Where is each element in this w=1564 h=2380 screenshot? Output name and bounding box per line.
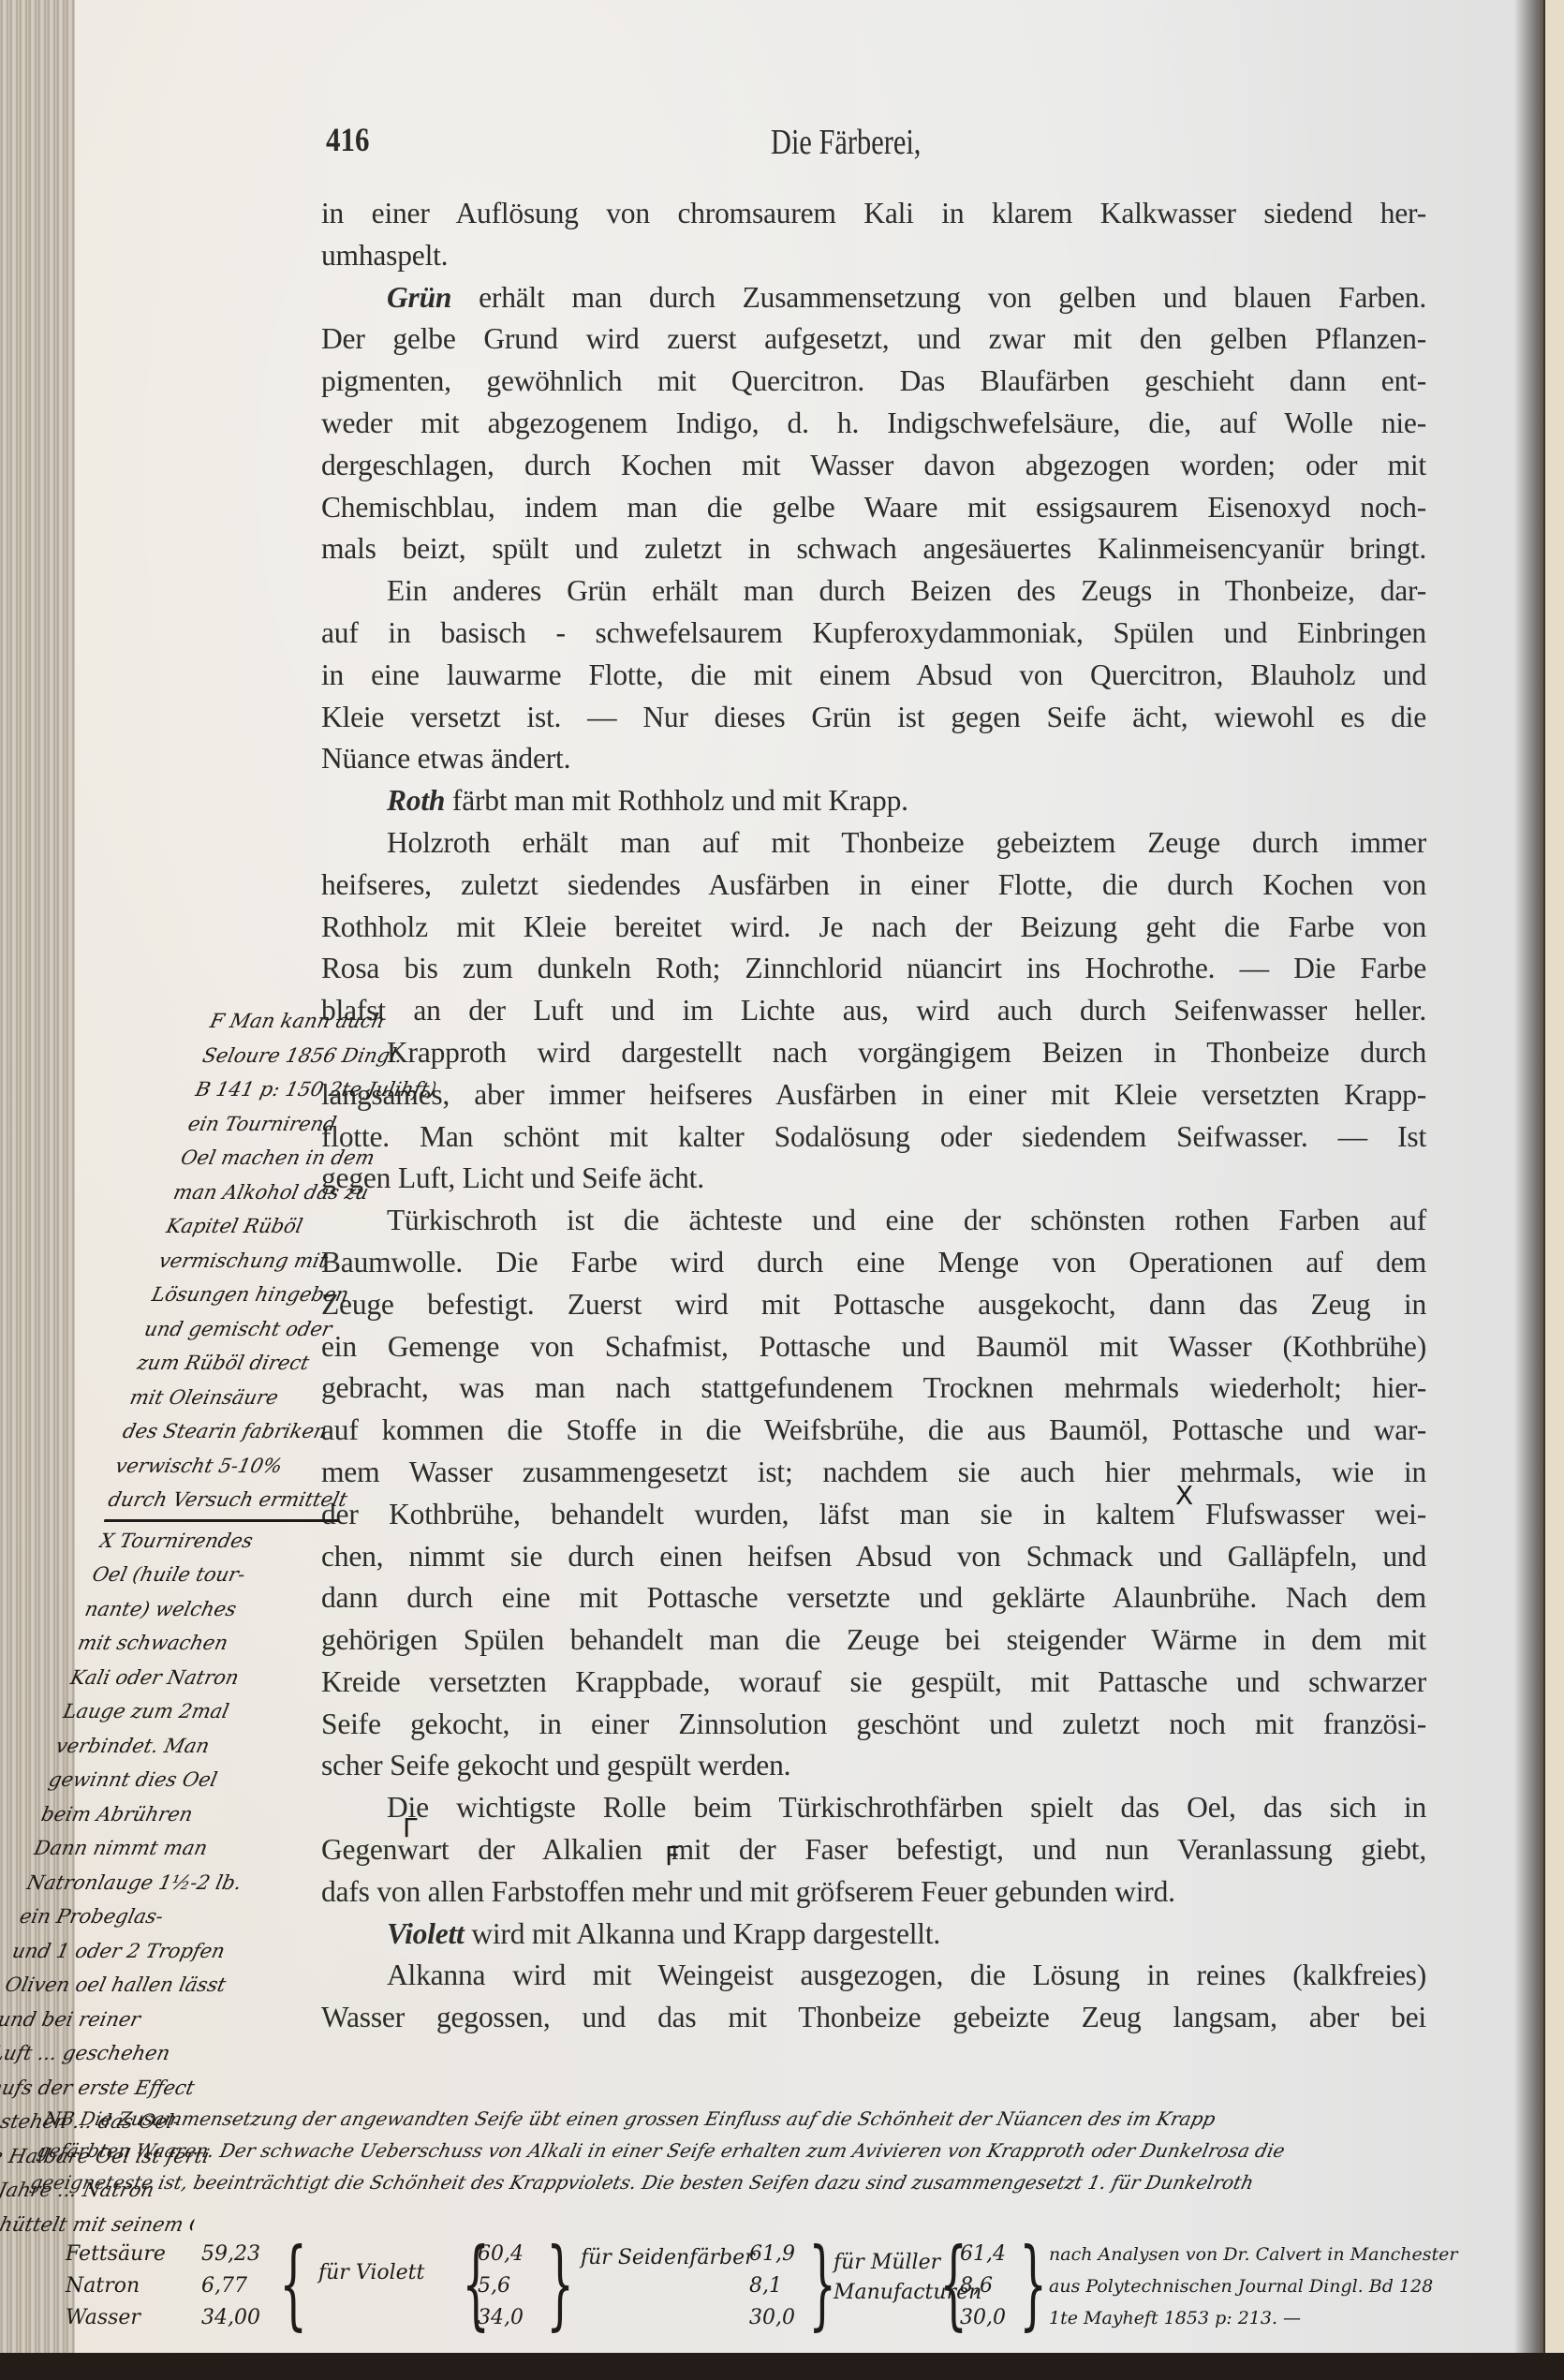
composition-values: 59,23 6,77 34,00	[201, 2239, 260, 2334]
group-values-mueller: 61,4 8,6 30,0	[960, 2239, 1006, 2334]
text-line: dafs von allen Farbstoffen mehr und mit …	[321, 1871, 1426, 1914]
insertion-mark-icon: Γ	[403, 1812, 418, 1843]
text-line: auf kommen die Stoffe in die Weifsbrühe,…	[321, 1410, 1426, 1452]
text-line: Holzroth erhält man auf mit Thonbeize ge…	[321, 822, 1426, 865]
text-line: Türkischroth ist die ächteste und eine d…	[321, 1200, 1426, 1242]
text-line: pigmenten, gewöhnlich mit Quercitron. Da…	[321, 361, 1426, 403]
group-values-seidenfaerber: 61,9 8,1 30,0	[749, 2239, 795, 2334]
text-line: der Kothbrühe, behandelt wurden, läfst m…	[321, 1494, 1426, 1536]
text-line: in einer Auflösung von chromsaurem Kali …	[321, 193, 1426, 235]
text-line: Kleie versetzt ist. — Nur dieses Grün is…	[321, 697, 1426, 739]
text-line: auf in basisch - schwefelsaurem Kupferox…	[321, 613, 1426, 655]
text-line: Gegenwart der Alkalien mit der Faser bef…	[321, 1829, 1426, 1871]
text-line: scher Seife gekocht und gespült werden.	[321, 1745, 1426, 1787]
brace-icon: {	[279, 2235, 307, 2332]
page-header: 416 Die Färberei,	[326, 120, 1478, 157]
group-label-seidenfaerber: für Seidenfärber	[581, 2246, 755, 2269]
text-line: Seife gekocht, in einer Zinnsolution ges…	[321, 1704, 1426, 1746]
footnote-mark-icon: F	[665, 1840, 680, 1871]
text-line: Zeuge befestigt. Zuerst wird mit Pottasc…	[321, 1284, 1426, 1326]
text-line: Baumwolle. Die Farbe wird durch eine Men…	[321, 1242, 1426, 1284]
text-line: mem Wasser zusammengesetzt ist; nachdem …	[321, 1452, 1426, 1494]
cross-mark-icon: X	[1175, 1480, 1193, 1511]
text-line: in eine lauwarme Flotte, die mit einem A…	[321, 655, 1426, 697]
text-line: Die wichtigste Rolle beim Türkischrothfä…	[321, 1787, 1426, 1829]
group-values-violett: 60,4 5,6 34,0	[478, 2239, 524, 2334]
text-line: Alkanna wird mit Weingeist ausgezogen, d…	[321, 1955, 1426, 1997]
lead-word-gruen: Grün	[387, 281, 451, 314]
page-fold-shadow	[1515, 0, 1543, 2360]
text-line: flotte. Man schönt mit kalter Sodalösung…	[321, 1116, 1426, 1159]
text-line: Wasser gegossen, und das mit Thonbeize g…	[321, 1997, 1426, 2039]
lead-word-violett: Violett	[387, 1917, 465, 1950]
group-label-violett: für Violett	[318, 2261, 424, 2284]
body-text: in einer Auflösung von chromsaurem Kali …	[321, 193, 1426, 2039]
text-line: dergeschlagen, durch Kochen mit Wasser d…	[321, 445, 1426, 487]
book-page: 416 Die Färberei, in einer Auflösung von…	[0, 0, 1543, 2360]
text-line: Rothholz mit Kleie bereitet wird. Je nac…	[321, 907, 1426, 949]
text-line: gebracht, was man nach stattgefundenem T…	[321, 1367, 1426, 1410]
text-line: Der gelbe Grund wird zuerst aufgesetzt, …	[321, 318, 1426, 361]
brace-icon: }	[808, 2235, 836, 2332]
paragraph-violett: Violett wird mit Alkanna und Krapp darge…	[321, 1914, 1426, 1956]
paragraph-gruen: Grün erhält man durch Zusammensetzung vo…	[321, 277, 1426, 319]
text-line: chen, nimmt sie durch einen heifsen Absu…	[321, 1536, 1426, 1578]
running-title: Die Färberei,	[771, 122, 921, 163]
scan-bottom-shadow	[0, 2353, 1564, 2380]
text-line: Chemischblau, indem man die gelbe Waare …	[321, 487, 1426, 529]
adjacent-page-edge	[1543, 0, 1564, 2380]
composition-labels: Fettsäure Natron Wasser	[66, 2239, 166, 2334]
text-line: mals beizt, spült und zuletzt in schwach…	[321, 528, 1426, 570]
source-note: nach Analysen von Dr. Calvert in Manches…	[1049, 2239, 1458, 2334]
brace-icon: }	[546, 2235, 574, 2332]
text-line: umhaspelt.	[321, 235, 1426, 277]
text-line: Krapproth wird dargestellt nach vorgängi…	[321, 1032, 1426, 1074]
text-line: gehörigen Spülen behandelt man die Zeuge…	[321, 1619, 1426, 1662]
handwritten-bottom-note: NB Die Zusammensetzung der angewandten S…	[27, 2103, 1509, 2198]
soap-composition-table: Fettsäure Natron Wasser 59,23 6,77 34,00…	[37, 2239, 1498, 2342]
text-line: Rosa bis zum dunkeln Roth; Zinnchlorid n…	[321, 948, 1426, 990]
text-line: gegen Luft, Licht und Seife ächt.	[321, 1158, 1426, 1200]
text-line: blafst an der Luft und im Lichte aus, wi…	[321, 990, 1426, 1032]
text-line: Kreide versetzten Krappbade, worauf sie …	[321, 1662, 1426, 1704]
text-line: dann durch eine mit Pottasche versetzte …	[321, 1577, 1426, 1619]
text-line: ein Gemenge von Schafmist, Pottasche und…	[321, 1326, 1426, 1368]
text-line: heifseres, zuletzt siedendes Ausfärben i…	[321, 865, 1426, 907]
brace-icon: }	[1019, 2235, 1047, 2332]
text-line: Nüance etwas ändert.	[321, 738, 1426, 780]
margin-divider-rule	[104, 1519, 339, 1522]
page-number: 416	[326, 120, 369, 159]
paragraph-roth: Roth färbt man mit Rothholz und mit Krap…	[321, 780, 1426, 822]
lead-word-roth: Roth	[387, 784, 445, 817]
text-line: Ein anderes Grün erhält man durch Beizen…	[321, 570, 1426, 613]
text-line: langsames, aber immer heifseres Ausfärbe…	[321, 1074, 1426, 1116]
text-line: weder mit abgezogenem Indigo, d. h. Indi…	[321, 403, 1426, 445]
